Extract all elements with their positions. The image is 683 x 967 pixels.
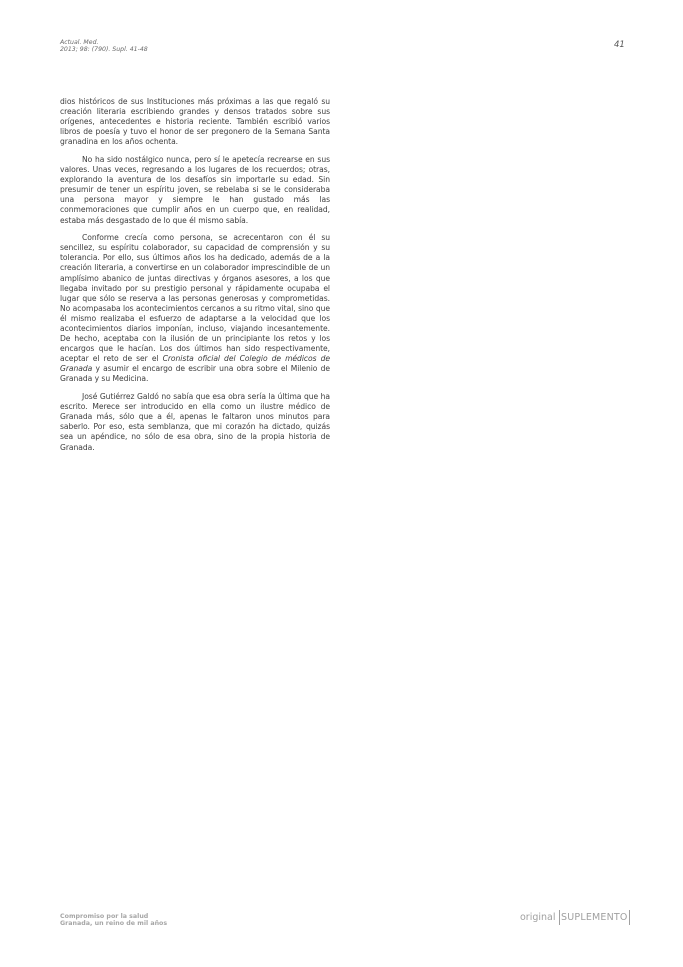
journal-name: Actual. Med. [60, 39, 148, 46]
paragraph-3-text-a: Conforme crecía como persona, se acrecen… [60, 233, 330, 363]
divider-bar [559, 910, 561, 925]
footer-series-title: Compromiso por la salud Granada, un rein… [60, 913, 167, 927]
paragraph-3-text-b: y asumir el encargo de escribir una obra… [60, 364, 330, 383]
page-number: 41 [614, 40, 625, 50]
footer-line-2: Granada, un reino de mil años [60, 920, 167, 927]
original-label: original [520, 912, 556, 923]
journal-citation: 2013; 98: (790). Supl. 41-48 [60, 46, 148, 53]
footer-section-label: original SUPLEMENTO [520, 910, 631, 925]
article-body: dios históricos de sus Instituciones más… [60, 97, 330, 460]
paragraph-4: José Gutiérrez Galdó no sabía que esa ob… [60, 392, 330, 453]
paragraph-2: No ha sido nostálgico nunca, pero sí le … [60, 155, 330, 226]
journal-reference: Actual. Med. 2013; 98: (790). Supl. 41-4… [60, 39, 148, 53]
supplement-label: SUPLEMENTO [561, 912, 628, 923]
divider-bar-end [629, 910, 631, 925]
paragraph-1: dios históricos de sus Instituciones más… [60, 97, 330, 147]
footer-line-1: Compromiso por la salud [60, 913, 167, 920]
paragraph-3: Conforme crecía como persona, se acrecen… [60, 233, 330, 384]
